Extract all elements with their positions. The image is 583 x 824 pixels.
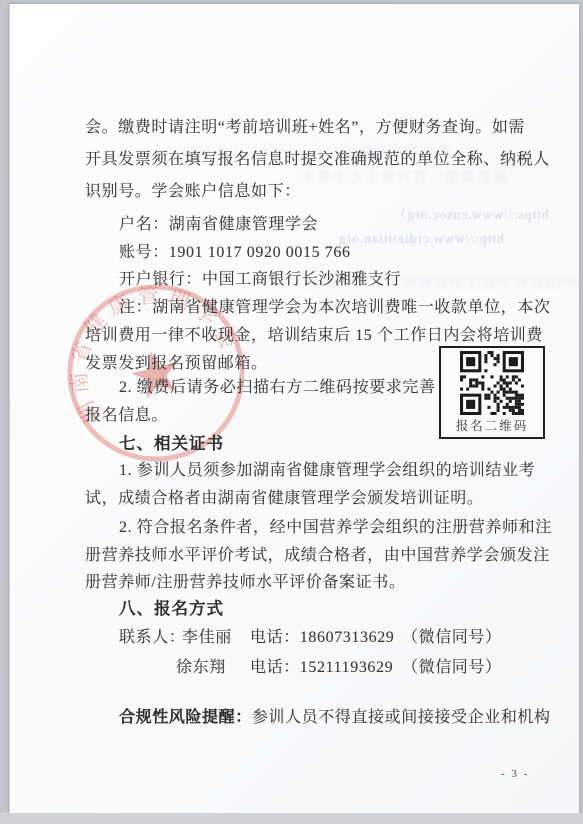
cert-line: 1. 参训人员须参加湖南省健康管理学会组织的培训结业考 [119, 457, 535, 480]
cert-line: 2. 符合报名条件者，经中国营养学会组织的注册营养师和注 [119, 514, 552, 537]
account-bank: 开户银行：中国工商银行长沙湘雅支行 [119, 266, 401, 289]
bleedthrough-url: https://www.cnsoc.org） [392, 203, 549, 223]
qr-code [460, 351, 524, 415]
contact-name: 徐东翔 [176, 654, 226, 677]
compliance-text: 参训人员不得直接或间接接受企业和机构 [252, 709, 551, 726]
page-number: - 3 - [501, 768, 529, 780]
qr-caption: 报名二维码 [441, 416, 543, 434]
body-line: 识别号。学会账户信息如下： [85, 178, 301, 201]
contact-phone: 电话：18607313629 [250, 624, 394, 647]
contact-name: 李佳丽 [182, 624, 232, 647]
bleedthrough-url: http://www.crdietitian.org [338, 231, 504, 247]
document-page: 考试报名系统填写个人信息并上传材料 报名类型：官方发生人个要卡 https://… [9, 3, 579, 813]
account-number: 账号：1901 1017 0920 0015 766 [119, 239, 351, 262]
scanner-background [0, 813, 583, 824]
note-line: 培训费用一律不收现金，培训结束后 15 个工作日内会将培训费 [85, 322, 543, 345]
cert-line: 册营养师/注册营养技师水平评价备案证书。 [85, 569, 405, 592]
account-holder: 户名：湖南省健康管理学会 [119, 211, 318, 234]
contact-wechat: （微信同号） [402, 654, 502, 677]
body-line: 会。缴费时请注明“考前培训班+姓名”，方便财务查询。如需 [85, 114, 525, 137]
scanned-document: { "document": { "paragraph_intro": { "li… [0, 0, 583, 824]
bleedthrough-smudge: 报名类型：官方发生人个要卡 [300, 166, 508, 187]
compliance-note: 合规性风险提醒：参训人员不得直接或间接接受企业和机构 [119, 704, 551, 727]
section8-heading: 八、报名方式 [119, 595, 224, 619]
section7-heading: 七、相关证书 [119, 430, 224, 454]
step2-line: 2. 缴费后请务必扫描右方二维码按要求完善 [119, 374, 436, 397]
note-line: 注：湖南省健康管理学会为本次培训费唯一收款单位，本次 [119, 294, 551, 317]
note-line: 发票发到报名预留邮箱。 [85, 350, 268, 373]
contact-wechat: （微信同号） [402, 624, 502, 647]
body-line: 开具发票须在填写报名信息时提交准确规范的单位全称、纳税人 [85, 146, 550, 169]
cert-line: 册营养技师水平评价考试，成绩合格者，由中国营养学会颁发注 [85, 542, 550, 565]
contact-label: 联系人： [119, 624, 185, 647]
step2-line: 报名信息。 [85, 402, 168, 425]
compliance-label: 合规性风险提醒： [119, 709, 252, 726]
cert-line: 试，成绩合格者由湖南省健康管理学会颁发培训证明。 [85, 485, 483, 508]
qr-code-frame: 报名二维码 [439, 346, 545, 439]
contact-phone: 电话：15211193629 [250, 654, 393, 677]
